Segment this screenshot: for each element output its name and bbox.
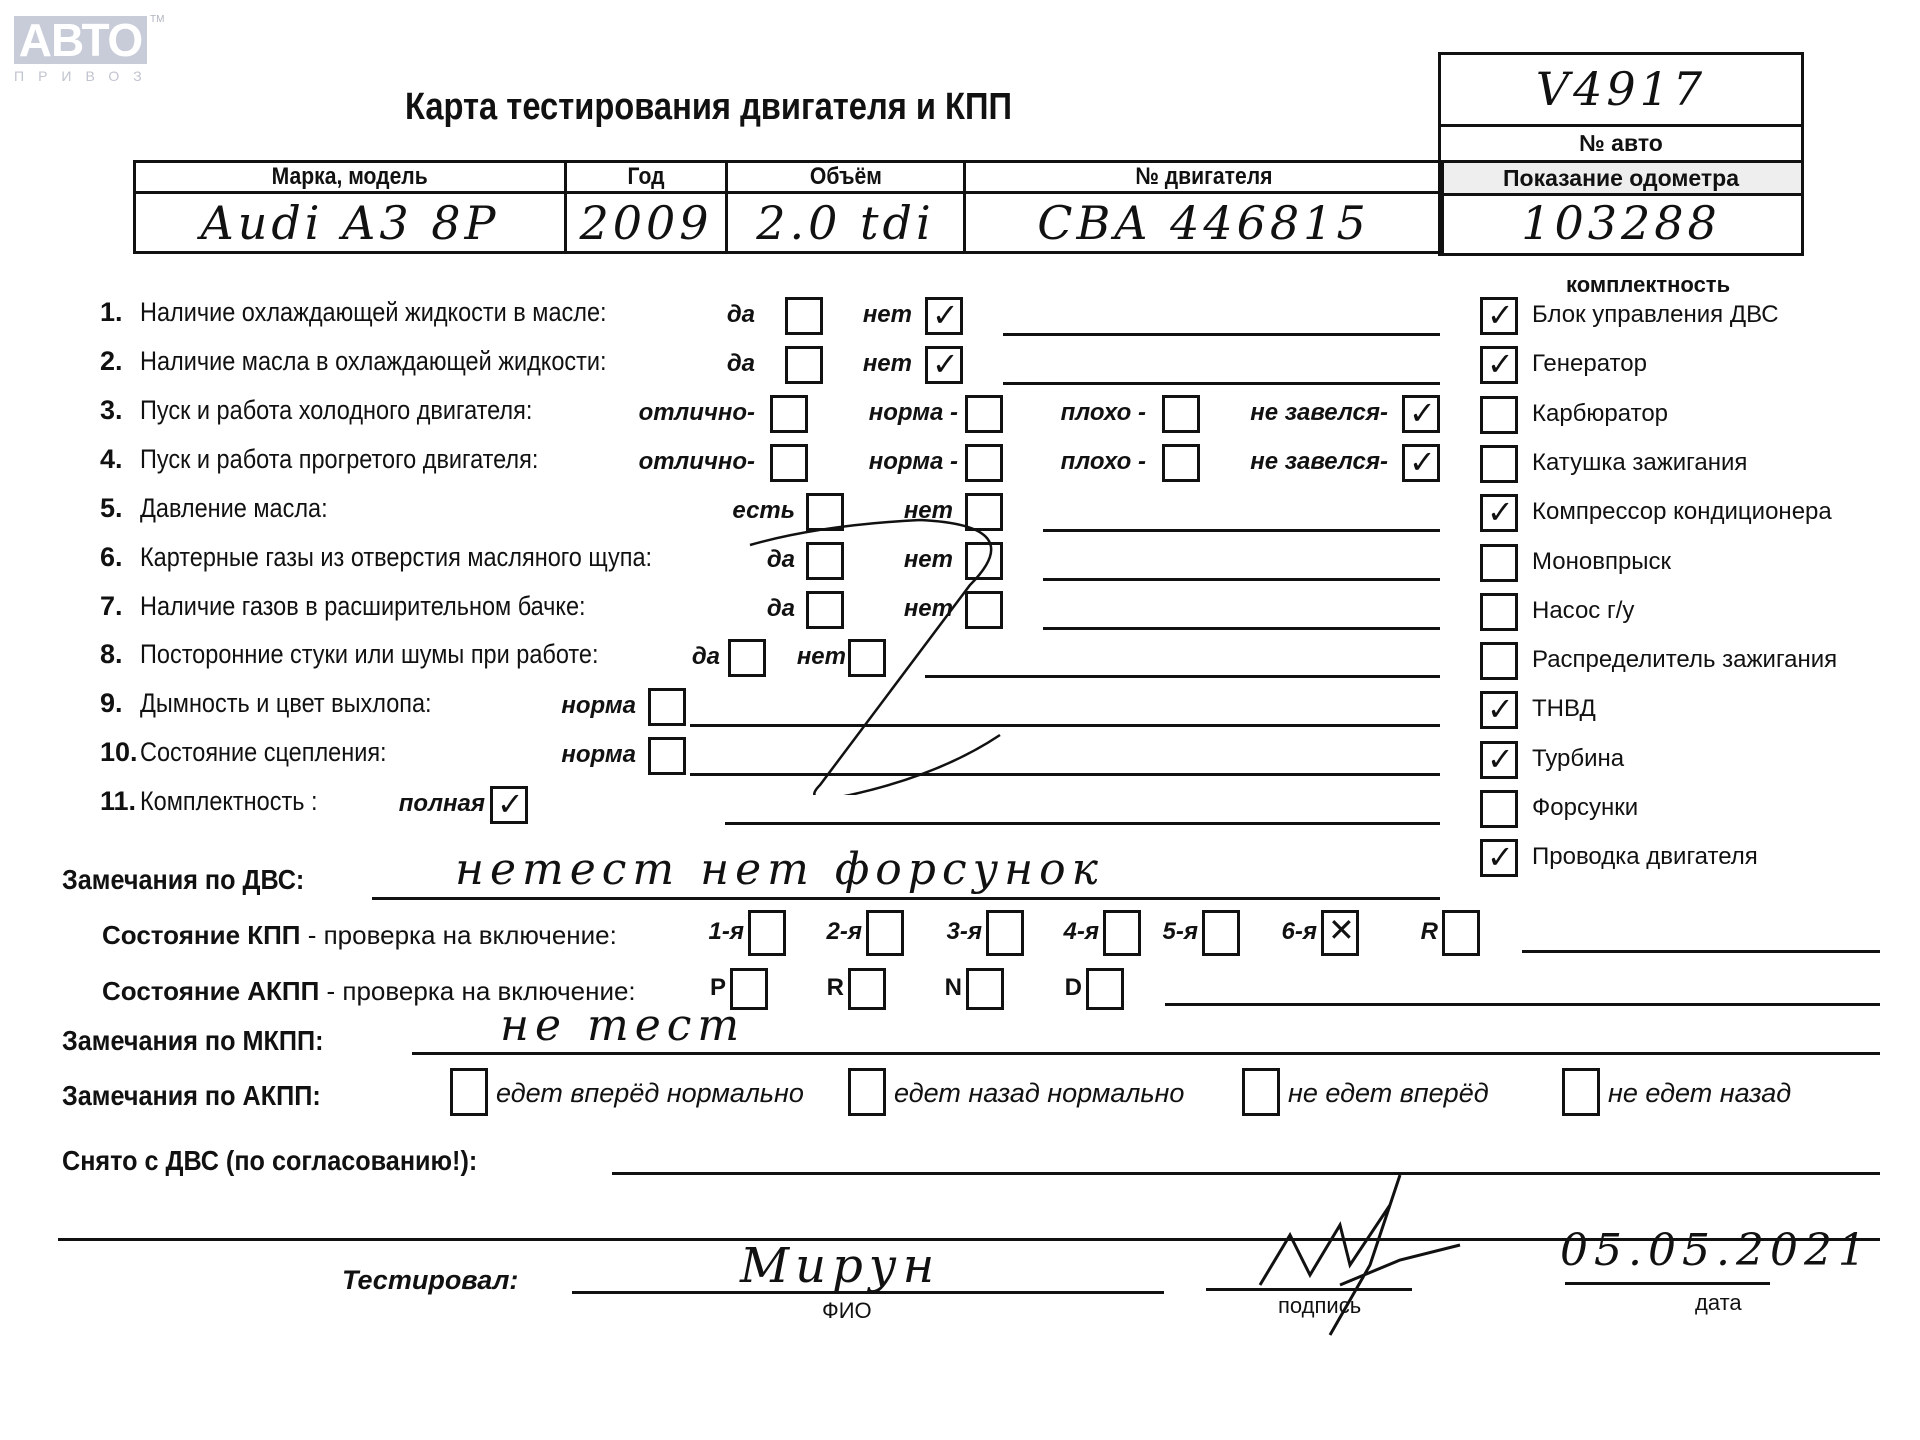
check-number: 9.: [100, 688, 140, 719]
option-checkbox[interactable]: [770, 444, 808, 482]
option-label: да: [727, 301, 755, 329]
gear-checkbox[interactable]: [986, 910, 1024, 956]
option-checkbox[interactable]: [806, 493, 844, 531]
completeness-checkbox[interactable]: [1480, 346, 1518, 384]
check-number: 8.: [100, 639, 140, 670]
column-header: Объём: [810, 163, 882, 191]
auto-remark-label: едет вперёд нормально: [496, 1078, 804, 1109]
completeness-item-label: Турбина: [1532, 745, 1624, 773]
gear-checkbox[interactable]: [1103, 910, 1141, 956]
check-row: 6.Картерные газы из отверстия масляного …: [100, 542, 729, 582]
date-caption: дата: [1695, 1290, 1742, 1316]
check-label: Пуск и работа прогретого двигателя:: [140, 444, 538, 475]
check-note-line: [1003, 382, 1440, 385]
option-checkbox[interactable]: [648, 737, 686, 775]
gear-label: D: [1065, 974, 1082, 1002]
remarks-engine-value[interactable]: нетест нет форсунок: [455, 844, 1104, 895]
option-label: да: [692, 643, 720, 671]
check-label: Пуск и работа холодного двигателя:: [140, 395, 532, 426]
option-checkbox[interactable]: [965, 493, 1003, 531]
check-note-line: [1043, 578, 1440, 581]
logo-trademark: TM: [150, 14, 164, 25]
check-label: Комплектность :: [140, 786, 318, 817]
gear-checkbox[interactable]: [748, 910, 786, 956]
option-label: есть: [732, 497, 795, 525]
option-label: норма: [561, 741, 636, 769]
completeness-checkbox[interactable]: [1480, 593, 1518, 631]
make-model-field[interactable]: Audi A3 8P: [135, 193, 566, 253]
check-number: 4.: [100, 444, 140, 475]
gearbox-auto-label-bold: Состояние АКПП: [102, 976, 319, 1006]
completeness-item-label: Форсунки: [1532, 794, 1638, 822]
option-checkbox[interactable]: [1402, 395, 1440, 433]
option-label: да: [767, 595, 795, 623]
auto-remark-checkbox[interactable]: [1562, 1068, 1600, 1116]
completeness-checkbox[interactable]: [1480, 642, 1518, 680]
completeness-item-label: Насос г/у: [1532, 597, 1634, 625]
option-checkbox[interactable]: [785, 297, 823, 335]
check-note-line: [1043, 529, 1440, 532]
option-label: отлично-: [639, 448, 755, 476]
column-header: Год: [628, 163, 665, 191]
check-label: Наличие газов в расширительном бачке:: [140, 591, 586, 622]
column-header: № двигателя: [1135, 163, 1272, 191]
gear-label: R: [1421, 918, 1438, 946]
check-label: Картерные газы из отверстия масляного щу…: [140, 542, 652, 573]
option-label: норма -: [869, 448, 958, 476]
check-row: 9.Дымность и цвет выхлопа:: [100, 688, 475, 728]
option-label: не завелся-: [1250, 399, 1388, 427]
date-value[interactable]: 05.05.2021: [1560, 1225, 1872, 1276]
remarks-manual-line: [412, 1052, 1880, 1055]
auto-remark-label: не едет вперёд: [1288, 1078, 1489, 1109]
option-checkbox[interactable]: [1402, 444, 1440, 482]
gear-checkbox[interactable]: [1202, 910, 1240, 956]
auto-remark-label: не едет назад: [1608, 1078, 1791, 1109]
auto-remark-checkbox[interactable]: [848, 1068, 886, 1116]
option-label: нет: [797, 643, 846, 671]
completeness-checkbox[interactable]: [1480, 741, 1518, 779]
volume-field[interactable]: 2.0 tdi: [727, 193, 965, 253]
check-row: 7.Наличие газов в расширительном бачке:: [100, 591, 652, 631]
option-label: нет: [863, 350, 912, 378]
option-label: плохо -: [1061, 399, 1146, 427]
option-label: норма -: [869, 399, 958, 427]
check-number: 5.: [100, 493, 140, 524]
option-checkbox[interactable]: [965, 444, 1003, 482]
gear-label: R: [827, 974, 844, 1002]
gearbox-auto-line: [1165, 1003, 1880, 1006]
gear-checkbox[interactable]: [1442, 910, 1480, 956]
check-number: 6.: [100, 542, 140, 573]
name-caption: ФИО: [822, 1298, 872, 1324]
gear-checkbox[interactable]: [866, 910, 904, 956]
gear-label: N: [945, 974, 962, 1002]
tested-by-label: Тестировал:: [342, 1265, 518, 1296]
remarks-engine-label: Замечания по ДВС:: [62, 864, 304, 896]
check-label: Посторонние стуки или шумы при работе:: [140, 639, 598, 670]
check-note-line: [1003, 333, 1440, 336]
gear-label: P: [710, 974, 726, 1002]
option-label: нет: [904, 497, 953, 525]
option-checkbox[interactable]: [965, 395, 1003, 433]
option-label: не завелся-: [1250, 448, 1388, 476]
option-checkbox[interactable]: [965, 542, 1003, 580]
option-checkbox[interactable]: [1162, 395, 1200, 433]
option-checkbox[interactable]: [925, 346, 963, 384]
option-checkbox[interactable]: [1162, 444, 1200, 482]
auto-remark-checkbox[interactable]: [450, 1068, 488, 1116]
check-row: 2.Наличие масла в охлаждающей жидкости:: [100, 346, 676, 386]
auto-remark-checkbox[interactable]: [1242, 1068, 1280, 1116]
check-row: 10.Состояние сцепления:: [100, 737, 423, 777]
completeness-checkbox[interactable]: [1480, 839, 1518, 877]
column-header: Марка, модель: [272, 163, 428, 191]
completeness-item-label: Генератор: [1532, 350, 1647, 378]
check-row: 8.Посторонние стуки или шумы при работе:: [100, 639, 667, 679]
gear-label: 5-я: [1163, 918, 1198, 946]
check-note-line: [725, 822, 1440, 825]
gear-label: 6-я: [1282, 918, 1317, 946]
gearbox-manual-label-rest: - проверка на включение:: [301, 920, 617, 950]
odometer-label: Показание одометра: [1438, 160, 1804, 196]
option-checkbox[interactable]: [728, 639, 766, 677]
gearbox-manual-line: [1522, 950, 1880, 953]
completeness-item-label: Проводка двигателя: [1532, 843, 1758, 871]
completeness-item-label: Катушка зажигания: [1532, 449, 1747, 477]
option-checkbox[interactable]: [925, 297, 963, 335]
option-label: нет: [904, 595, 953, 623]
check-label: Наличие масла в охлаждающей жидкости:: [140, 346, 607, 377]
option-label: норма: [561, 692, 636, 720]
check-number: 1.: [100, 297, 140, 328]
check-row: 11.Комплектность :: [100, 786, 344, 826]
page-title: Карта тестирования двигателя и КПП: [405, 86, 1012, 129]
auto-number-box: V4917 № авто: [1438, 52, 1804, 163]
remarks-auto-label: Замечания по АКПП:: [62, 1080, 321, 1112]
auto-remark-label: едет назад нормально: [894, 1078, 1184, 1109]
gear-label: 4-я: [1064, 918, 1099, 946]
remarks-manual-value[interactable]: не тест: [500, 1000, 745, 1051]
check-label: Дымность и цвет выхлопа:: [140, 688, 432, 719]
gear-checkbox[interactable]: [1321, 910, 1359, 956]
completeness-checkbox[interactable]: [1480, 494, 1518, 532]
logo-subtitle: ПРИВОЗ: [14, 68, 156, 84]
check-label: Наличие охлаждающей жидкости в масле:: [140, 297, 607, 328]
vehicle-info-table: Марка, модель Год Объём № двигателя Audi…: [133, 160, 1444, 254]
gear-checkbox[interactable]: [1086, 968, 1124, 1010]
completeness-checkbox[interactable]: [1480, 396, 1518, 434]
removed-label: Снято с ДВС (по согласованию!):: [62, 1145, 477, 1177]
remarks-engine-line: [372, 897, 1440, 900]
completeness-heading: комплектность: [1566, 272, 1730, 298]
completeness-item-label: Компрессор кондиционера: [1532, 498, 1832, 526]
option-checkbox[interactable]: [965, 591, 1003, 629]
check-row: 4.Пуск и работа прогретого двигателя:: [100, 444, 598, 484]
check-row: 5.Давление масла:: [100, 493, 356, 533]
completeness-item-label: Карбюратор: [1532, 400, 1668, 428]
tester-name-value[interactable]: Мирун: [740, 1238, 940, 1294]
option-checkbox[interactable]: [490, 786, 528, 824]
check-label: Давление масла:: [140, 493, 328, 524]
option-checkbox[interactable]: [806, 542, 844, 580]
check-number: 7.: [100, 591, 140, 622]
engine-number-field[interactable]: CBA 446815: [965, 193, 1443, 253]
completeness-item-label: Распределитель зажигания: [1532, 646, 1837, 674]
option-checkbox[interactable]: [770, 395, 808, 433]
option-label: нет: [904, 546, 953, 574]
option-label: да: [727, 350, 755, 378]
check-note-line: [690, 773, 1440, 776]
gear-checkbox[interactable]: [966, 968, 1004, 1010]
gearbox-manual-label: Состояние КПП - проверка на включение:: [102, 920, 617, 951]
check-note-line: [690, 724, 1440, 727]
completeness-checkbox[interactable]: [1480, 445, 1518, 483]
check-note-line: [1043, 627, 1440, 630]
completeness-item-label: Блок управления ДВС: [1532, 301, 1779, 329]
completeness-item-label: ТНВД: [1532, 695, 1596, 723]
check-number: 10.: [100, 737, 140, 768]
auto-number-label: № авто: [1441, 127, 1801, 160]
gearbox-manual-label-bold: Состояние КПП: [102, 920, 301, 950]
option-label: полная: [399, 790, 485, 818]
check-label: Состояние сцепления:: [140, 737, 387, 768]
check-row: 1.Наличие охлаждающей жидкости в масле:: [100, 297, 676, 337]
option-label: нет: [863, 301, 912, 329]
gear-label: 1-я: [709, 918, 744, 946]
signature-caption: подпись: [1278, 1293, 1361, 1319]
gear-label: 3-я: [947, 918, 982, 946]
logo: АВТО: [14, 16, 147, 64]
completeness-checkbox[interactable]: [1480, 297, 1518, 335]
year-field[interactable]: 2009: [566, 193, 727, 253]
auto-number-value[interactable]: V4917: [1441, 55, 1801, 127]
remarks-manual-label: Замечания по МКПП:: [62, 1025, 324, 1057]
check-number: 2.: [100, 346, 140, 377]
gear-label: 2-я: [827, 918, 862, 946]
completeness-checkbox[interactable]: [1480, 691, 1518, 729]
option-label: плохо -: [1061, 448, 1146, 476]
option-checkbox[interactable]: [848, 639, 886, 677]
completeness-checkbox[interactable]: [1480, 790, 1518, 828]
option-label: отлично-: [639, 399, 755, 427]
option-checkbox[interactable]: [648, 688, 686, 726]
odometer-value[interactable]: 103288: [1438, 193, 1804, 256]
check-row: 3.Пуск и работа холодного двигателя:: [100, 395, 591, 435]
completeness-checkbox[interactable]: [1480, 544, 1518, 582]
check-number: 3.: [100, 395, 140, 426]
gear-checkbox[interactable]: [848, 968, 886, 1010]
date-line: [1565, 1282, 1770, 1285]
option-label: да: [767, 546, 795, 574]
removed-line: [612, 1172, 1880, 1175]
option-checkbox[interactable]: [785, 346, 823, 384]
check-note-line: [925, 675, 1440, 678]
completeness-item-label: Моновпрыск: [1532, 548, 1671, 576]
option-checkbox[interactable]: [806, 591, 844, 629]
check-number: 11.: [100, 786, 140, 817]
